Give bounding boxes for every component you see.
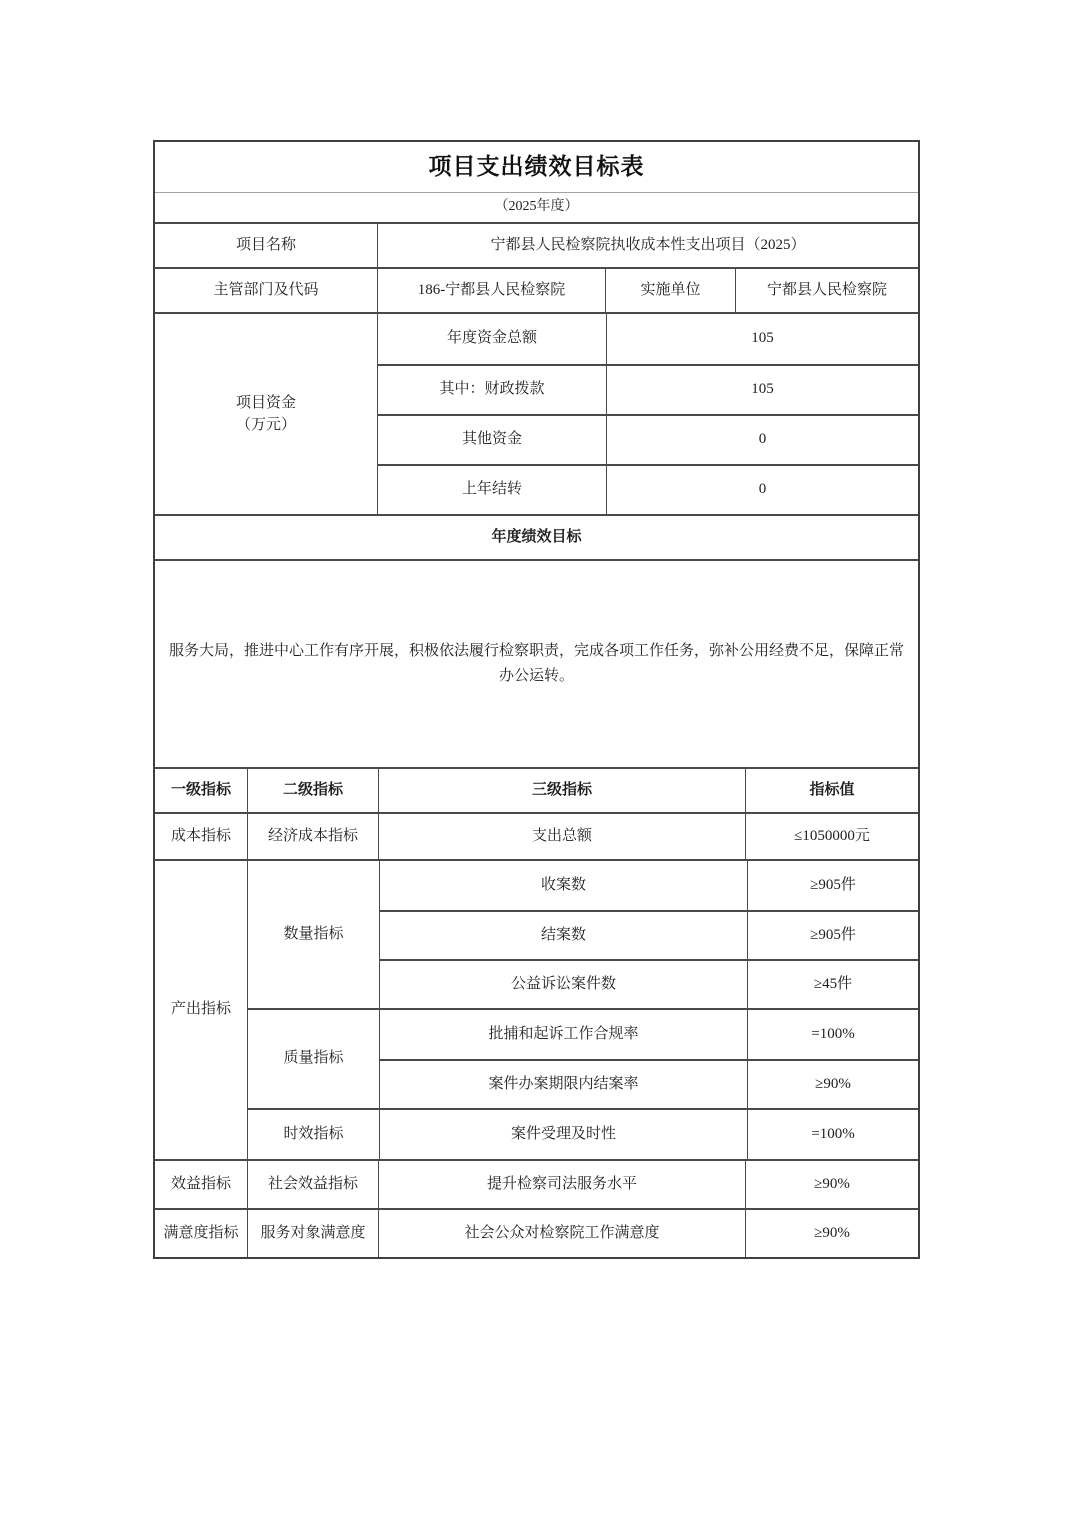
indicator-value: =100% — [747, 1110, 918, 1159]
indicator-row: 批捕和起诉工作合规率 =100% — [380, 1010, 918, 1059]
indicator-level2: 时效指标 — [248, 1110, 379, 1159]
indicator-group-timeliness: 时效指标 案件受理及时性 =100% — [248, 1108, 918, 1159]
annual-goal-row: 服务大局，推进中心工作有序开展，积极依法履行检察职责，完成各项工作任务，弥补公用… — [155, 559, 918, 767]
indicator-level2: 数量指标 — [248, 861, 379, 1008]
funding-row-total: 年度资金总额 105 — [378, 314, 918, 364]
funding-row-other: 其他资金 0 — [378, 414, 918, 464]
title-row: 项目支出绩效目标表 — [155, 142, 918, 192]
indicator-group-quality: 质量指标 批捕和起诉工作合规率 =100% 案件办案期限内结案率 ≥90% — [248, 1008, 918, 1108]
department-value: 186-宁都县人民检察院 — [377, 269, 605, 312]
indicator-level2: 经济成本指标 — [247, 814, 378, 859]
implement-unit-label: 实施单位 — [605, 269, 735, 312]
indicator-value: ≤1050000元 — [745, 814, 918, 859]
page-title: 项目支出绩效目标表 — [155, 142, 918, 192]
funding-row-label: 其中：财政拨款 — [378, 366, 606, 414]
funding-row-label: 上年结转 — [378, 466, 606, 514]
funding-label-line1: 项目资金 — [236, 392, 296, 415]
department-row: 主管部门及代码 186-宁都县人民检察院 实施单位 宁都县人民检察院 — [155, 267, 918, 312]
indicator-level3: 提升检察司法服务水平 — [378, 1161, 745, 1208]
indicator-row: 结案数 ≥905件 — [380, 910, 918, 959]
funding-row-value: 0 — [606, 416, 918, 464]
indicator-level3: 社会公众对检察院工作满意度 — [378, 1210, 745, 1257]
indicator-level3: 案件受理及时性 — [380, 1110, 747, 1159]
indicator-level2: 服务对象满意度 — [247, 1210, 378, 1257]
indicator-row-cost: 成本指标 经济成本指标 支出总额 ≤1050000元 — [155, 812, 918, 859]
funding-row-carryover: 上年结转 0 — [378, 464, 918, 514]
indicator-value: ≥90% — [745, 1161, 918, 1208]
indicator-value: ≥90% — [745, 1210, 918, 1257]
indicator-row: 收案数 ≥905件 — [380, 861, 918, 910]
funding-row-fiscal: 其中：财政拨款 105 — [378, 364, 918, 414]
indicator-value: ≥90% — [747, 1061, 918, 1108]
indicator-group-quantity: 数量指标 收案数 ≥905件 结案数 ≥905件 公益诉讼案件数 ≥45件 — [248, 861, 918, 1008]
indicator-row-benefit: 效益指标 社会效益指标 提升检察司法服务水平 ≥90% — [155, 1159, 918, 1208]
project-name-value: 宁都县人民检察院执收成本性支出项目（2025） — [377, 224, 918, 267]
indicator-header-level3: 三级指标 — [378, 769, 745, 812]
indicator-level3: 案件办案期限内结案率 — [380, 1061, 747, 1108]
indicator-value: =100% — [747, 1010, 918, 1059]
indicator-level3: 批捕和起诉工作合规率 — [380, 1010, 747, 1059]
indicator-value: ≥905件 — [747, 861, 918, 910]
project-name-row: 项目名称 宁都县人民检察院执收成本性支出项目（2025） — [155, 222, 918, 267]
indicator-level3: 结案数 — [380, 912, 747, 959]
funding-row-value: 105 — [606, 314, 918, 364]
funding-label: 项目资金 （万元） — [155, 314, 377, 514]
indicator-header-row: 一级指标 二级指标 三级指标 指标值 — [155, 767, 918, 812]
project-name-label: 项目名称 — [155, 224, 377, 267]
subtitle-row: （2025年度） — [155, 192, 918, 222]
funding-label-line2: （万元） — [236, 414, 296, 437]
indicator-level2: 质量指标 — [248, 1010, 379, 1108]
indicator-level3: 收案数 — [380, 861, 747, 910]
department-label: 主管部门及代码 — [155, 269, 377, 312]
funding-row-label: 其他资金 — [378, 416, 606, 464]
annual-goal-header-row: 年度绩效目标 — [155, 514, 918, 559]
indicator-level1: 效益指标 — [155, 1161, 247, 1208]
indicator-value: ≥905件 — [747, 912, 918, 959]
indicator-row-satisfaction: 满意度指标 服务对象满意度 社会公众对检察院工作满意度 ≥90% — [155, 1208, 918, 1257]
indicator-row: 案件办案期限内结案率 ≥90% — [380, 1059, 918, 1108]
indicator-level3: 支出总额 — [378, 814, 745, 859]
funding-row-value: 105 — [606, 366, 918, 414]
indicator-level1: 产出指标 — [155, 861, 247, 1159]
indicator-level2: 社会效益指标 — [247, 1161, 378, 1208]
indicator-level1: 满意度指标 — [155, 1210, 247, 1257]
funding-section: 项目资金 （万元） 年度资金总额 105 其中：财政拨款 105 其他资金 0 … — [155, 312, 918, 514]
indicator-header-level1: 一级指标 — [155, 769, 247, 812]
funding-row-label: 年度资金总额 — [378, 314, 606, 364]
performance-target-table: 项目支出绩效目标表 （2025年度） 项目名称 宁都县人民检察院执收成本性支出项… — [153, 140, 920, 1259]
implement-unit-value: 宁都县人民检察院 — [735, 269, 918, 312]
annual-goal-text: 服务大局，推进中心工作有序开展，积极依法履行检察职责，完成各项工作任务，弥补公用… — [155, 561, 918, 767]
page-subtitle: （2025年度） — [155, 193, 918, 222]
indicator-header-value: 指标值 — [745, 769, 918, 812]
indicator-row: 公益诉讼案件数 ≥45件 — [380, 959, 918, 1008]
indicator-header-level2: 二级指标 — [247, 769, 378, 812]
indicator-value: ≥45件 — [747, 961, 918, 1008]
indicator-row: 案件受理及时性 =100% — [380, 1110, 918, 1159]
funding-row-value: 0 — [606, 466, 918, 514]
indicator-level3: 公益诉讼案件数 — [380, 961, 747, 1008]
indicator-level1: 成本指标 — [155, 814, 247, 859]
annual-goal-header: 年度绩效目标 — [155, 516, 918, 559]
indicator-block-output: 产出指标 数量指标 收案数 ≥905件 结案数 ≥905件 公益诉讼案件数 — [155, 859, 918, 1159]
